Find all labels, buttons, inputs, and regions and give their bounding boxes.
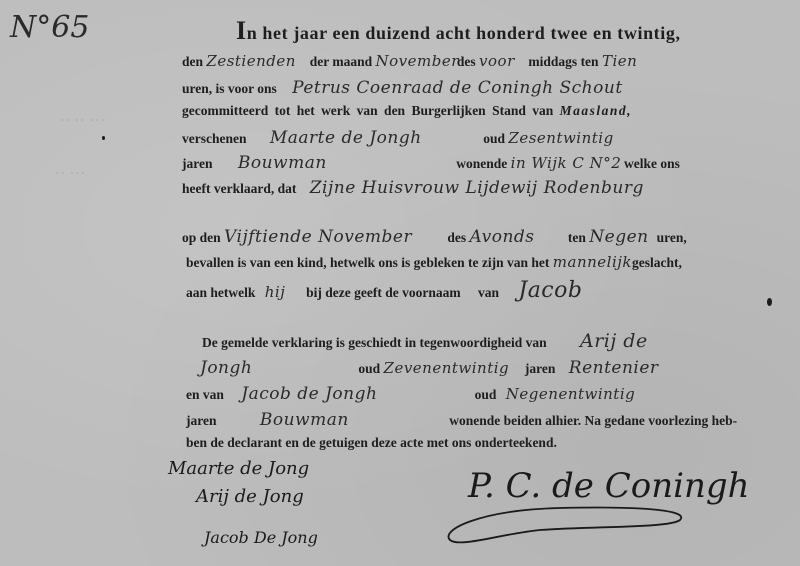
printed-text: wonende	[456, 156, 507, 171]
residence-line: jaren Bouwman wonende beiden alhier. Na …	[186, 410, 737, 430]
handwritten-witness-2-occupation: Bouwman	[220, 410, 446, 430]
signature-declarant: Maarte de Jong	[168, 458, 309, 479]
printed-text: jaren	[182, 156, 213, 171]
printed-text: gecommitteerd tot het werk van den Burge…	[182, 103, 553, 118]
handwritten-birth-hour: Negen	[589, 227, 653, 247]
handwritten-witness-1-surname: Jongh	[200, 358, 355, 378]
commission-line: gecommitteerd tot het werk van den Burge…	[182, 103, 632, 119]
printed-text: van	[464, 285, 499, 300]
handwritten-witness-1-age: Zevenentwintig	[384, 359, 522, 377]
printed-text: uren, is voor ons	[182, 81, 277, 96]
printed-text: des	[447, 230, 466, 245]
printed-text: en van	[186, 387, 224, 402]
printed-text: oud	[483, 131, 505, 146]
printed-text: aan hetwelk	[186, 285, 255, 300]
printed-text: heeft verklaard, dat	[182, 181, 296, 196]
witness-1-line: Jongh oud Zevenentwintig jaren Rentenier	[200, 358, 659, 378]
handwritten-birth-date: Vijftiende November	[224, 227, 444, 247]
printed-text: bij deze geeft de voornaam	[306, 285, 460, 300]
bleed-through-text: ·· ·· ···	[60, 112, 106, 128]
appeared-line: verschenen Maarte de Jongh oud Zesentwin…	[182, 128, 614, 148]
ink-blot	[767, 298, 772, 306]
printed-text: op den	[182, 230, 221, 245]
printed-text: der maand	[310, 54, 372, 69]
printed-text: bevallen is van een kind, hetwelk ons is…	[186, 255, 549, 270]
handwritten-address: in Wijk C N°2	[511, 154, 621, 172]
record-number: N°65	[10, 10, 89, 45]
occupation-line: jaren Bouwman wonende in Wijk C N°2 welk…	[182, 153, 680, 173]
declared-line: heeft verklaard, dat Zijne Huisvrouw Lij…	[182, 178, 644, 198]
printed-text: wonende beiden alhier. Na gedane voorlez…	[449, 413, 737, 428]
printed-text: ten	[568, 230, 586, 245]
printed-text: geslacht,	[632, 255, 682, 270]
handwritten-witness-2-name: Jacob de Jongh	[227, 384, 471, 404]
printed-text: jaren	[186, 413, 217, 428]
witness-intro-line: De gemelde verklaring is geschiedt in te…	[202, 330, 648, 352]
handwritten-official-name: Petrus Coenraad de Coningh Schout	[280, 78, 623, 98]
handwritten-declarant-name: Maarte de Jongh	[250, 128, 480, 148]
printed-text: uren,	[657, 230, 687, 245]
handwritten-child-name: Jacob	[502, 278, 582, 303]
printed-text: jaren	[525, 361, 556, 376]
birth-date-line: op den Vijftiende November des Avonds te…	[182, 227, 687, 247]
handwritten-sex: mannelijk	[553, 253, 632, 271]
printed-text: des	[457, 54, 476, 69]
signature-witness-1: Arij de Jong	[196, 486, 304, 507]
heading-text: n het jaar een duizend acht honderd twee…	[247, 23, 681, 43]
printed-text: ben de declarant en de getuigen deze act…	[186, 435, 557, 450]
signature-official: P. C. de Coningh	[468, 466, 750, 506]
handwritten-witness-1-occupation: Rentenier	[559, 358, 659, 378]
printed-text: De gemelde verklaring is geschiedt in te…	[202, 335, 547, 350]
handwritten-hour: Tien	[602, 52, 662, 70]
witness-2-line: en van Jacob de Jongh oud Negenentwintig	[186, 384, 635, 404]
place-name: Maasland,	[560, 103, 632, 118]
printed-text: verschenen	[182, 131, 247, 146]
drop-cap: I	[236, 16, 247, 45]
handwritten-birth-time-of-day: Avonds	[470, 227, 565, 247]
printed-text: oud	[358, 361, 380, 376]
printed-text: welke ons	[624, 156, 680, 171]
closing-line: ben de declarant en de getuigen deze act…	[186, 435, 557, 451]
handwritten-day: Zestienden	[206, 52, 306, 70]
printed-text: oud	[475, 387, 497, 402]
bleed-through-text: ·· ···	[55, 165, 86, 181]
handwritten-witness-2-age: Negenentwintig	[500, 385, 635, 403]
delivered-line: bevallen is van een kind, hetwelk ons is…	[186, 253, 682, 271]
official-line: uren, is voor ons Petrus Coenraad de Con…	[182, 78, 623, 98]
document-page: ·· ·· ··· ·· ··· N°65 In het jaar een du…	[0, 0, 800, 566]
printed-text: den	[182, 54, 203, 69]
handwritten-witness-1-name: Arij de	[550, 330, 648, 352]
handwritten-occupation: Bouwman	[216, 153, 453, 173]
date-line: den Zestienden der maand November des vo…	[182, 52, 662, 70]
signature-witness-2: Jacob De Jong	[204, 528, 318, 547]
handwritten-month: November	[376, 52, 454, 70]
handwritten-mother-name: Zijne Huisvrouw Lijdewij Rodenburg	[300, 178, 644, 198]
handwritten-declarant-age: Zesentwintig	[508, 129, 613, 147]
ink-blot	[102, 136, 105, 140]
given-name-line: aan hetwelk hij bij deze geeft de voorna…	[186, 278, 582, 303]
handwritten-time-of-day: voor	[479, 52, 525, 70]
handwritten-pronoun: hij	[259, 283, 303, 301]
heading-line: In het jaar een duizend acht honderd twe…	[236, 16, 681, 46]
printed-text: middags ten	[528, 54, 598, 69]
